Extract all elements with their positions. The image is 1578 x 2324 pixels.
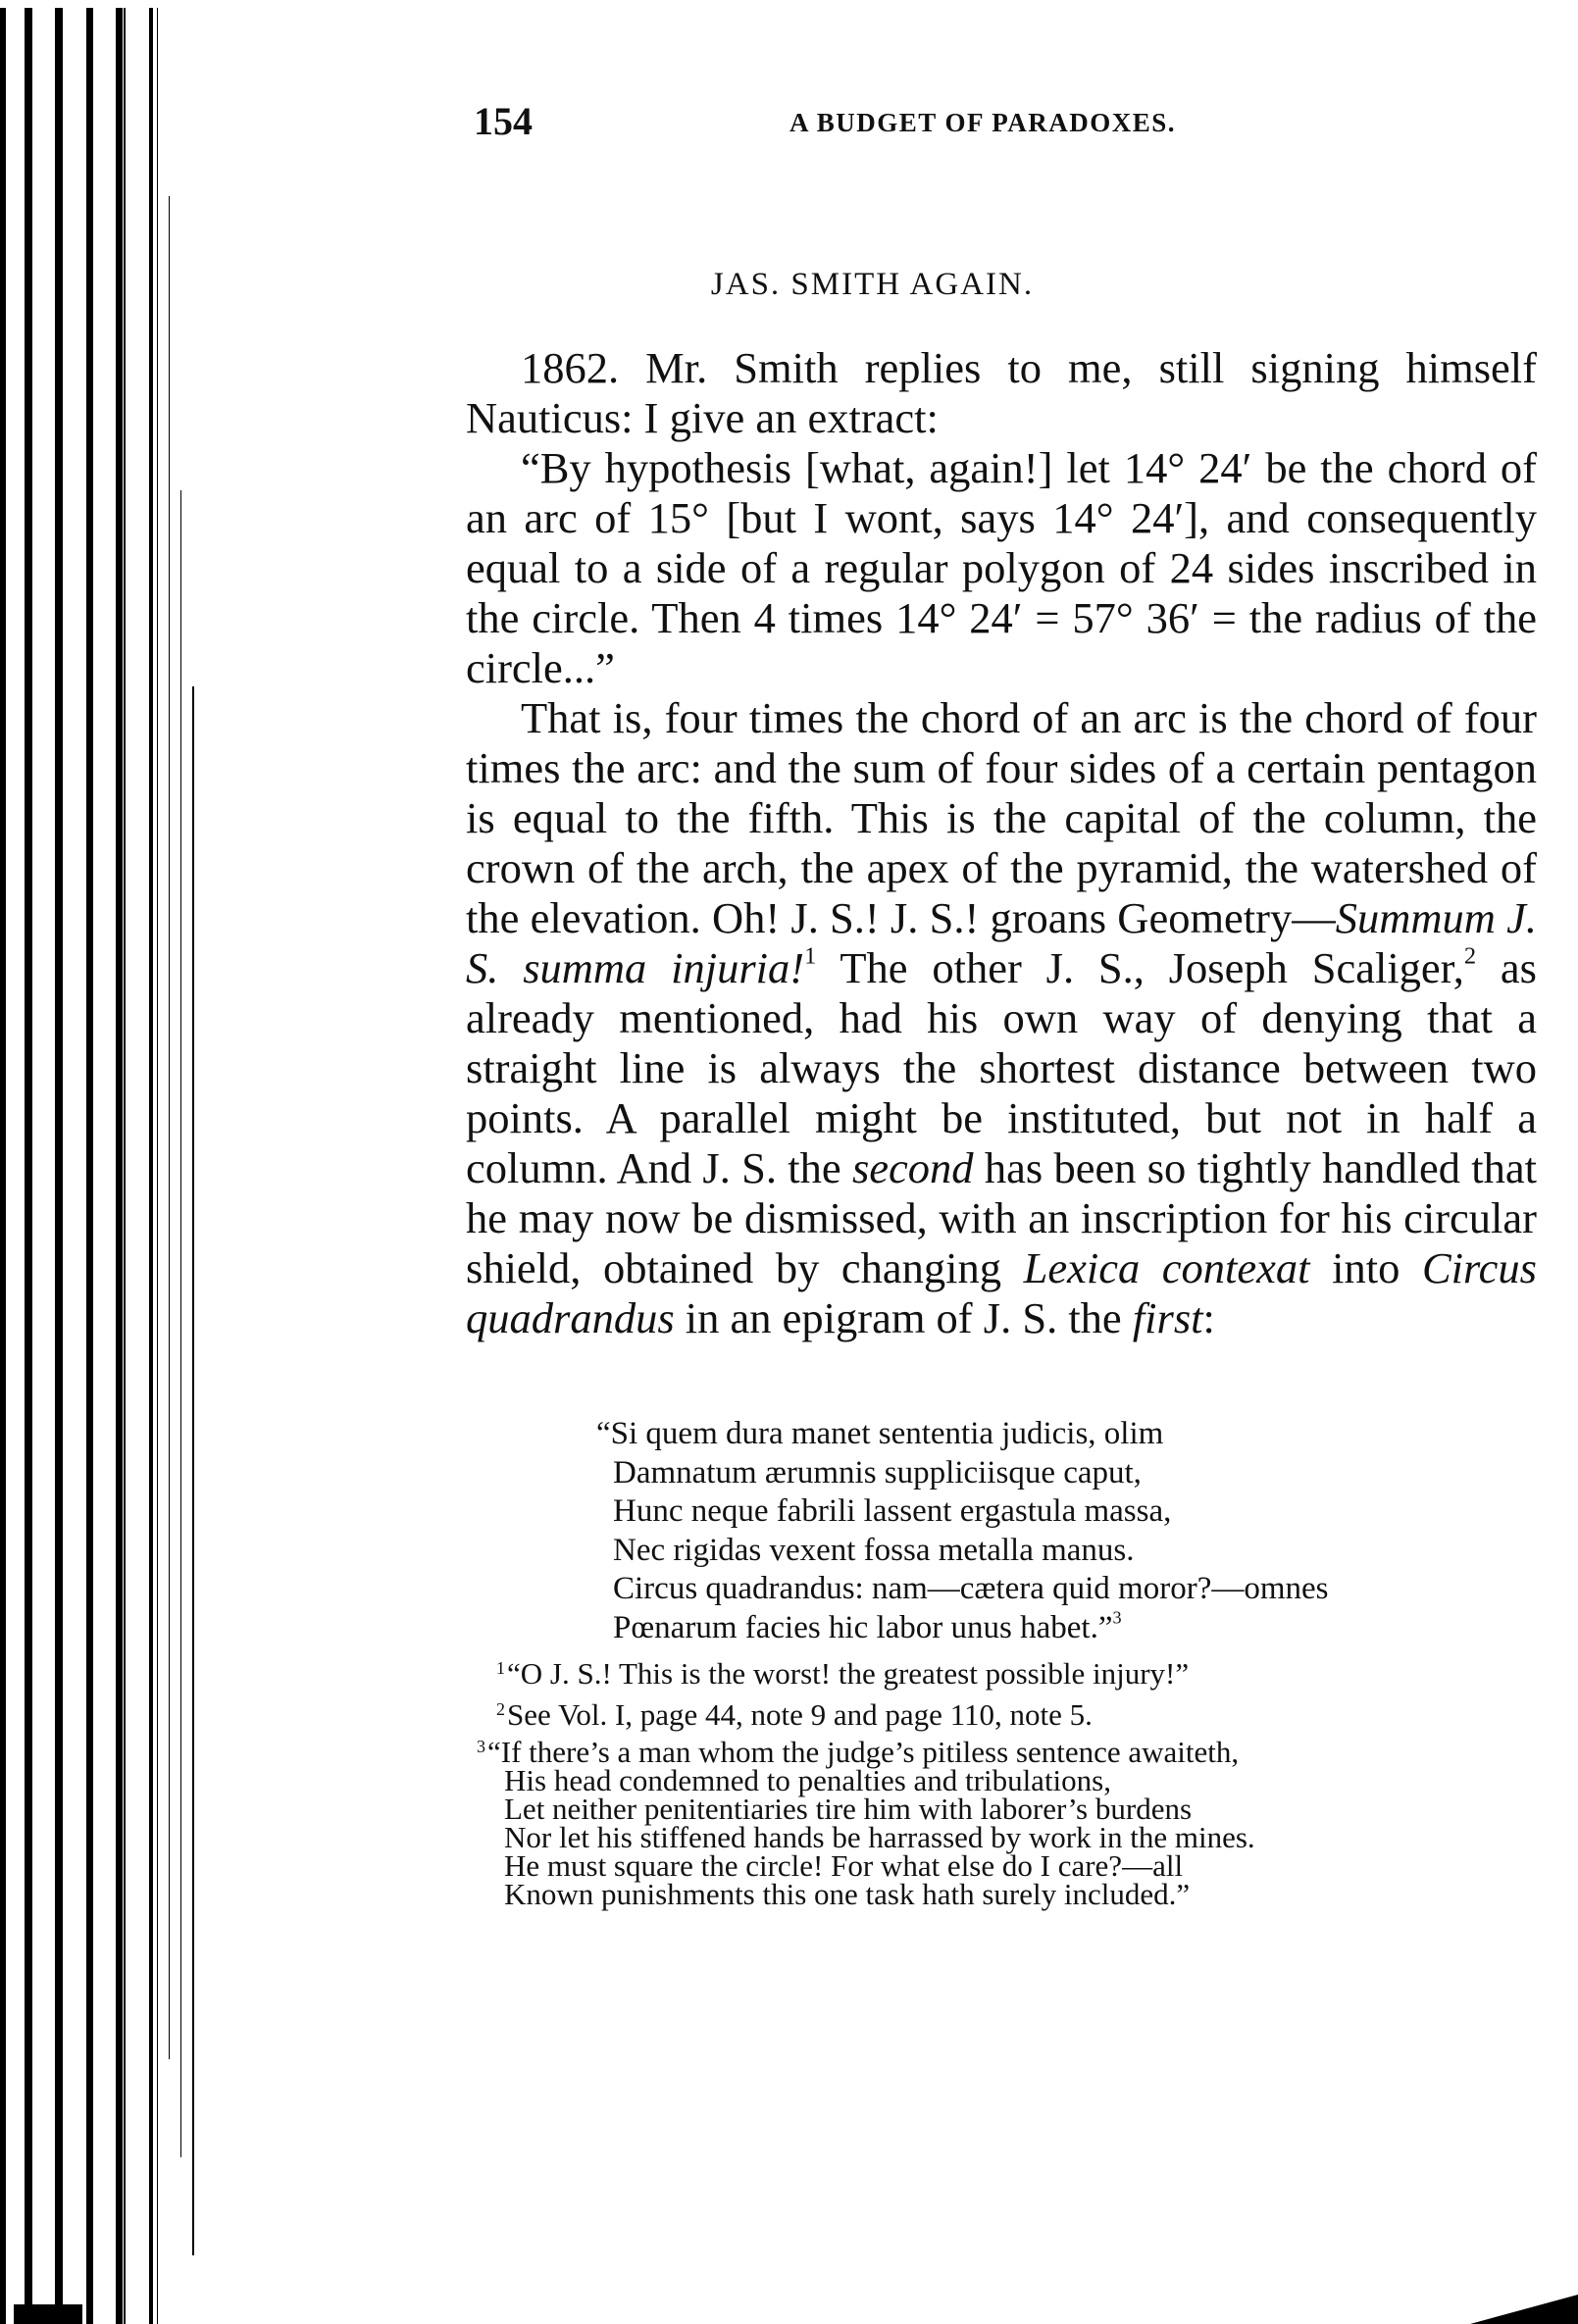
paragraph-3-text: The other J. S., Joseph Scaliger, bbox=[816, 943, 1464, 992]
verse-line-text: Pœnarum facies hic labor unus habet.” bbox=[613, 1610, 1113, 1645]
footnote-line: Let neither penitentiaries tire him with… bbox=[477, 1794, 1255, 1823]
footnote-line: 3“If there’s a man whom the judge’s piti… bbox=[477, 1733, 1255, 1766]
footnote-1: 1“O J. S.! This is the worst! the greate… bbox=[477, 1650, 1255, 1692]
body-text: 1862. Mr. Smith replies to me, still sig… bbox=[466, 343, 1537, 1343]
footnote-ref-1[interactable]: 1 bbox=[804, 942, 816, 969]
verse-line: Nec rigidas vexent fossa metalla manus. bbox=[596, 1532, 1329, 1571]
footnote-text: See Vol. I, page 44, note 9 and page 110… bbox=[507, 1697, 1093, 1732]
footnote-3: 3“If there’s a man whom the judge’s piti… bbox=[477, 1733, 1255, 1908]
paragraph-3-text: in an epigram of J. S. the bbox=[675, 1293, 1133, 1342]
page-number: 154 bbox=[474, 98, 533, 144]
paragraph-1: 1862. Mr. Smith replies to me, still sig… bbox=[466, 343, 1537, 443]
page-binding-edge bbox=[0, 0, 235, 2324]
footnote-line: Nor let his stiffened hands be harrassed… bbox=[477, 1823, 1255, 1851]
binding-corner-shadow bbox=[14, 2304, 82, 2324]
footnote-line: He must square the circle! For what else… bbox=[477, 1851, 1255, 1880]
footnote-ref-2[interactable]: 2 bbox=[1464, 942, 1476, 969]
paragraph-3-text: : bbox=[1203, 1293, 1215, 1342]
verse-line: Damnatum ærumnis suppliciisque caput, bbox=[596, 1454, 1329, 1493]
running-head: 154 A BUDGET OF PARADOXES. bbox=[474, 98, 1533, 141]
verse-line: “Si quem dura manet sententia judicis, o… bbox=[596, 1415, 1329, 1454]
paragraph-2-quote: “By hypothesis [what, again!] let 14° 24… bbox=[466, 443, 1537, 693]
paragraph-3-text: into bbox=[1310, 1243, 1422, 1292]
verse-line: Pœnarum facies hic labor unus habet.”3 bbox=[596, 1609, 1329, 1648]
section-title: JAS. SMITH AGAIN. bbox=[0, 267, 1578, 303]
footnotes: 1“O J. S.! This is the worst! the greate… bbox=[477, 1650, 1255, 1908]
footnote-line: His head condemned to penalties and trib… bbox=[477, 1766, 1255, 1794]
paragraph-3: That is, four times the chord of an arc … bbox=[466, 693, 1537, 1343]
running-title: A BUDGET OF PARADOXES. bbox=[789, 108, 1176, 138]
latin-phrase: Lexica contexat bbox=[1024, 1243, 1310, 1292]
emphasis-second: second bbox=[852, 1143, 974, 1192]
footnote-2: 2See Vol. I, page 44, note 9 and page 11… bbox=[477, 1692, 1255, 1733]
footnote-line: Known punishments this one task hath sur… bbox=[477, 1880, 1255, 1908]
footnote-mark: 3 bbox=[477, 1737, 485, 1756]
emphasis-first: first bbox=[1133, 1293, 1203, 1342]
verse-line: Circus quadrandus: nam—cætera quid moror… bbox=[596, 1570, 1329, 1609]
verse-line: Hunc neque fabrili lassent ergastula mas… bbox=[596, 1492, 1329, 1532]
footnote-mark: 1 bbox=[496, 1658, 505, 1678]
page-corner-shadow bbox=[1470, 2295, 1578, 2324]
footnote-mark: 2 bbox=[496, 1699, 505, 1719]
footnote-text: “O J. S.! This is the worst! the greates… bbox=[507, 1656, 1189, 1691]
latin-epigram: “Si quem dura manet sententia judicis, o… bbox=[596, 1415, 1329, 1647]
footnote-ref-3[interactable]: 3 bbox=[1113, 1607, 1122, 1627]
